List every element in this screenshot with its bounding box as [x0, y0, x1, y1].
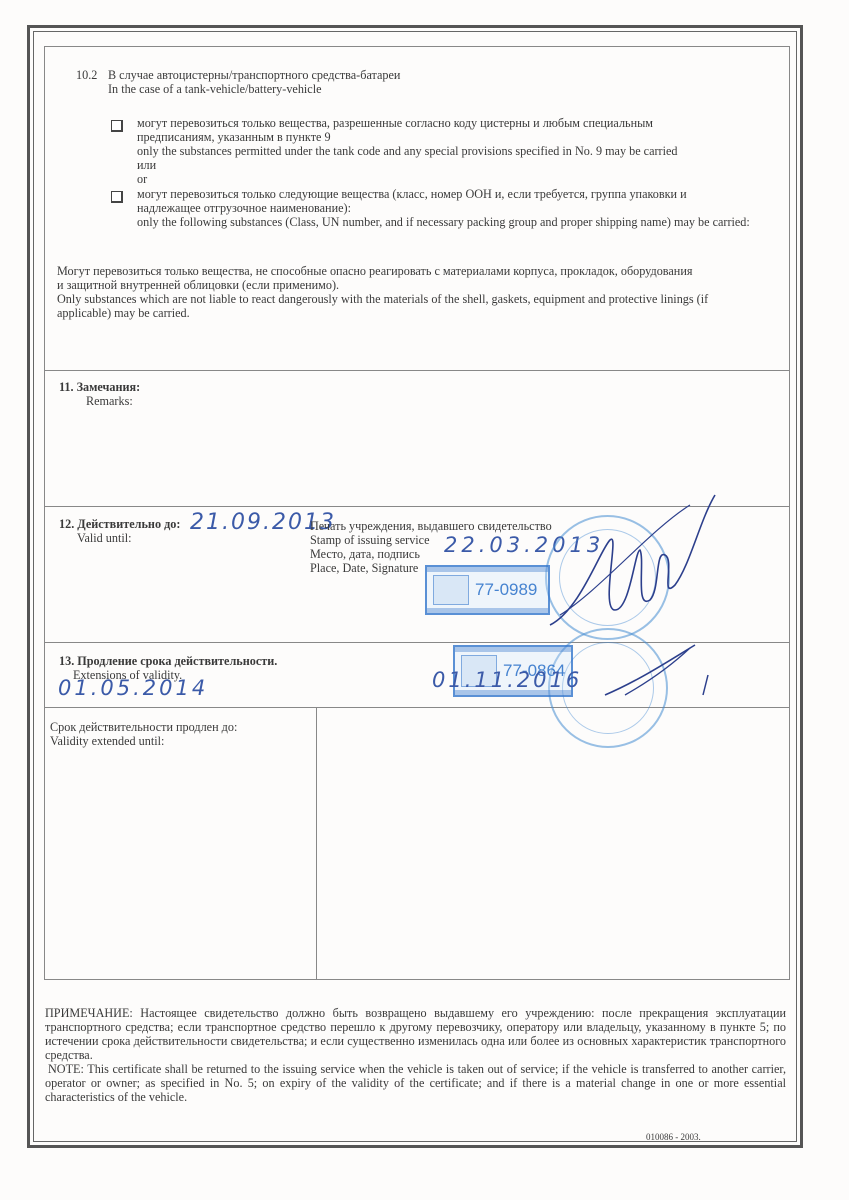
section-title-ru: В случае автоцистерны/транспортного сред… [108, 68, 400, 82]
stamp-label-en: Stamp of issuing service [310, 533, 430, 547]
option-2-text-en: only the following substances (Class, UN… [137, 215, 750, 229]
remarks-label-en: Remarks: [86, 394, 133, 408]
signature-2 [600, 640, 720, 700]
stamp-number: 77-0989 [475, 580, 537, 600]
place-label-en: Place, Date, Signature [310, 561, 418, 575]
section-title-en: In the case of a tank-vehicle/battery-ve… [108, 82, 322, 96]
extension-handwritten-date-right: 01.11.2016 [432, 668, 582, 692]
stamp-band-top [455, 647, 571, 652]
option-1-text-ru-2: предписаниям, указанным в пункте 9 [137, 130, 331, 144]
extension-column-divider [316, 707, 317, 980]
form-code: 010086 - 2003. [646, 1130, 701, 1144]
signature-1 [540, 490, 720, 640]
extensions-label-ru: 13. Продление срока действительности. [59, 654, 277, 668]
extended-until-label-en: Validity extended until: [50, 734, 164, 748]
extended-until-label-ru: Срок действительности продлен до: [50, 720, 237, 734]
option-2-text-ru-2: надлежащее отгрузочное наименование): [137, 201, 351, 215]
valid-until-label-en: Valid until: [77, 531, 132, 545]
section-number: 10.2 [76, 68, 97, 82]
remarks-label-ru: 11. Замечания: [59, 380, 140, 394]
divider-13-extension [44, 707, 790, 708]
stamp-band-top [427, 567, 548, 572]
option-1-checkbox[interactable] [111, 120, 123, 132]
valid-until-label-ru: 12. Действительно до: [59, 517, 180, 531]
stamp-band-bottom [427, 608, 548, 613]
footer-note-ru: ПРИМЕЧАНИЕ: Настоящее свидетельство долж… [45, 1006, 786, 1062]
option-1-text-en: only the substances permitted under the … [137, 144, 678, 158]
stamp-label-ru: Печать учреждения, выдавшего свидетельст… [310, 519, 552, 533]
or-en: or [137, 172, 147, 186]
divider-10-11 [44, 370, 790, 371]
option-2-text-ru-1: могут перевозиться только следующие веще… [137, 187, 687, 201]
footer-note-en: NOTE: This certificate shall be returned… [45, 1062, 786, 1104]
option-2-checkbox[interactable] [111, 191, 123, 203]
materials-note-ru-1: Могут перевозиться только вещества, не с… [57, 264, 692, 278]
rect-stamp-1: 77-0989 [425, 565, 550, 615]
materials-note-en-2: applicable) may be carried. [57, 306, 190, 320]
option-1-text-ru-1: могут перевозиться только вещества, разр… [137, 116, 653, 130]
stamp-inner-box [433, 575, 469, 605]
place-label-ru: Место, дата, подпись [310, 547, 420, 561]
extension-handwritten-date-left: 01.05.2014 [58, 676, 208, 700]
or-ru: или [137, 158, 156, 172]
materials-note-en-1: Only substances which are not liable to … [57, 292, 708, 306]
materials-note-ru-2: и защитной внутренней облицовки (если пр… [57, 278, 339, 292]
